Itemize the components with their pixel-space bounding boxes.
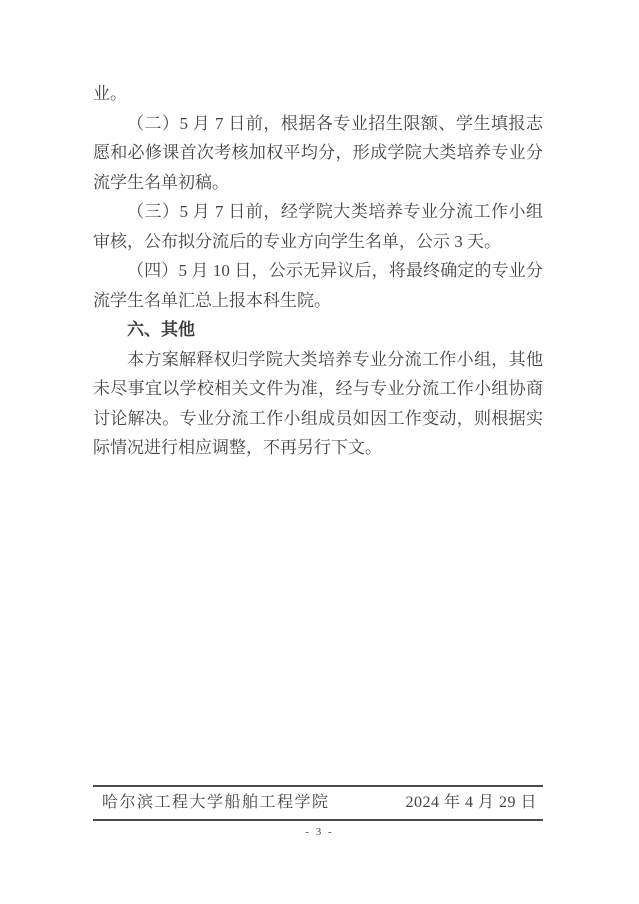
text-line: 际情况进行相应调整，不再另行下文。 xyxy=(93,433,543,463)
footer-institution: 哈尔滨工程大学船舶工程学院 xyxy=(93,791,330,815)
footer-top-rule xyxy=(93,785,543,787)
text-line: 讨论解决。专业分流工作小组成员如因工作变动，则根据实 xyxy=(93,404,543,434)
text-line: 审核，公布拟分流后的专业方向学生名单，公示 3 天。 xyxy=(93,227,543,257)
footer-bottom-rule xyxy=(93,819,543,821)
text-line: 本方案解释权归学院大类培养专业分流工作小组，其他 xyxy=(93,345,543,375)
text-line: （三）5 月 7 日前，经学院大类培养专业分流工作小组 xyxy=(93,197,543,227)
text-line: （二）5 月 7 日前，根据各专业招生限额、学生填报志 xyxy=(93,109,543,139)
footer: 哈尔滨工程大学船舶工程学院 2024 年 4 月 29 日 xyxy=(93,791,543,815)
text-line: （四）5 月 10 日，公示无异议后，将最终确定的专业分 xyxy=(93,256,543,286)
document-body: 业。（二）5 月 7 日前，根据各专业招生限额、学生填报志愿和必修课首次考核加权… xyxy=(93,79,543,463)
text-line: 流学生名单汇总上报本科生院。 xyxy=(93,286,543,316)
text-line: 未尽事宜以学校相关文件为准，经与专业分流工作小组协商 xyxy=(93,374,543,404)
footer-date: 2024 年 4 月 29 日 xyxy=(405,791,543,815)
text-line: 流学生名单初稿。 xyxy=(93,168,543,198)
section-heading: 六、其他 xyxy=(93,315,543,345)
text-line: 业。 xyxy=(93,79,543,109)
text-line: 愿和必修课首次考核加权平均分，形成学院大类培养专业分 xyxy=(93,138,543,168)
document-page: 业。（二）5 月 7 日前，根据各专业招生限额、学生填报志愿和必修课首次考核加权… xyxy=(0,0,639,904)
page-number: - 3 - xyxy=(0,826,639,838)
